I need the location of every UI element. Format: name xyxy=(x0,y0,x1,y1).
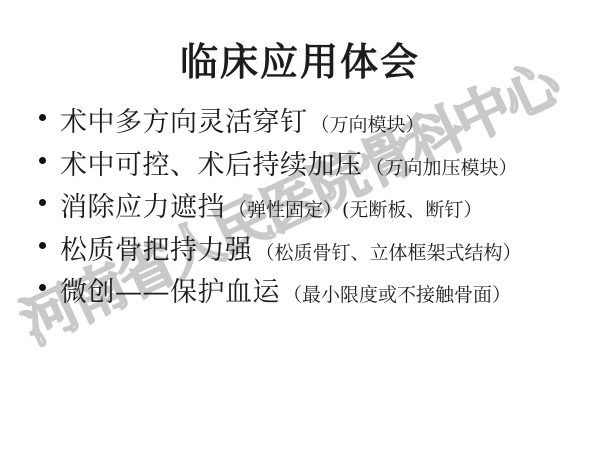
bullet-icon xyxy=(39,242,46,249)
bullet-note-text: （松质骨钉、立体框架式结构） xyxy=(256,238,522,265)
bullet-item: 术中多方向灵活穿钉 （万向模块） xyxy=(36,100,596,143)
slide-content: 临床应用体会 术中多方向灵活穿钉 （万向模块） 术中可控、术后持续加压 （万向加… xyxy=(0,0,600,86)
bullet-main-text: 微创——保护血运 xyxy=(60,270,280,309)
bullet-note-text: （万向加压模块） xyxy=(366,153,518,180)
bullet-main-text: 术中多方向灵活穿钉 xyxy=(60,100,308,139)
bullet-item: 消除应力遮挡 （弹性固定）(无断板、断钉） xyxy=(36,185,596,228)
bullet-list: 术中多方向灵活穿钉 （万向模块） 术中可控、术后持续加压 （万向加压模块） 消除… xyxy=(36,100,596,313)
presentation-slide: 河南省人民医院骨科中心 临床应用体会 术中多方向灵活穿钉 （万向模块） 术中可控… xyxy=(0,0,600,450)
bullet-item: 术中可控、术后持续加压 （万向加压模块） xyxy=(36,143,596,186)
bullet-note-text: （万向模块） xyxy=(311,110,425,137)
bullet-icon xyxy=(39,199,46,206)
bullet-main-text: 松质骨把持力强 xyxy=(60,228,253,267)
bullet-note-text: （最小限度或不接触骨面） xyxy=(283,280,511,307)
bullet-main-text: 消除应力遮挡 xyxy=(60,185,225,224)
bullet-note-text: （弹性固定）(无断板、断钉） xyxy=(228,195,482,222)
bullet-main-text: 术中可控、术后持续加压 xyxy=(60,143,363,182)
bullet-item: 微创——保护血运 （最小限度或不接触骨面） xyxy=(36,270,596,313)
slide-title: 临床应用体会 xyxy=(0,0,600,86)
bullet-icon xyxy=(39,114,46,121)
bullet-icon xyxy=(39,284,46,291)
bullet-icon xyxy=(39,157,46,164)
bullet-item: 松质骨把持力强 （松质骨钉、立体框架式结构） xyxy=(36,228,596,271)
